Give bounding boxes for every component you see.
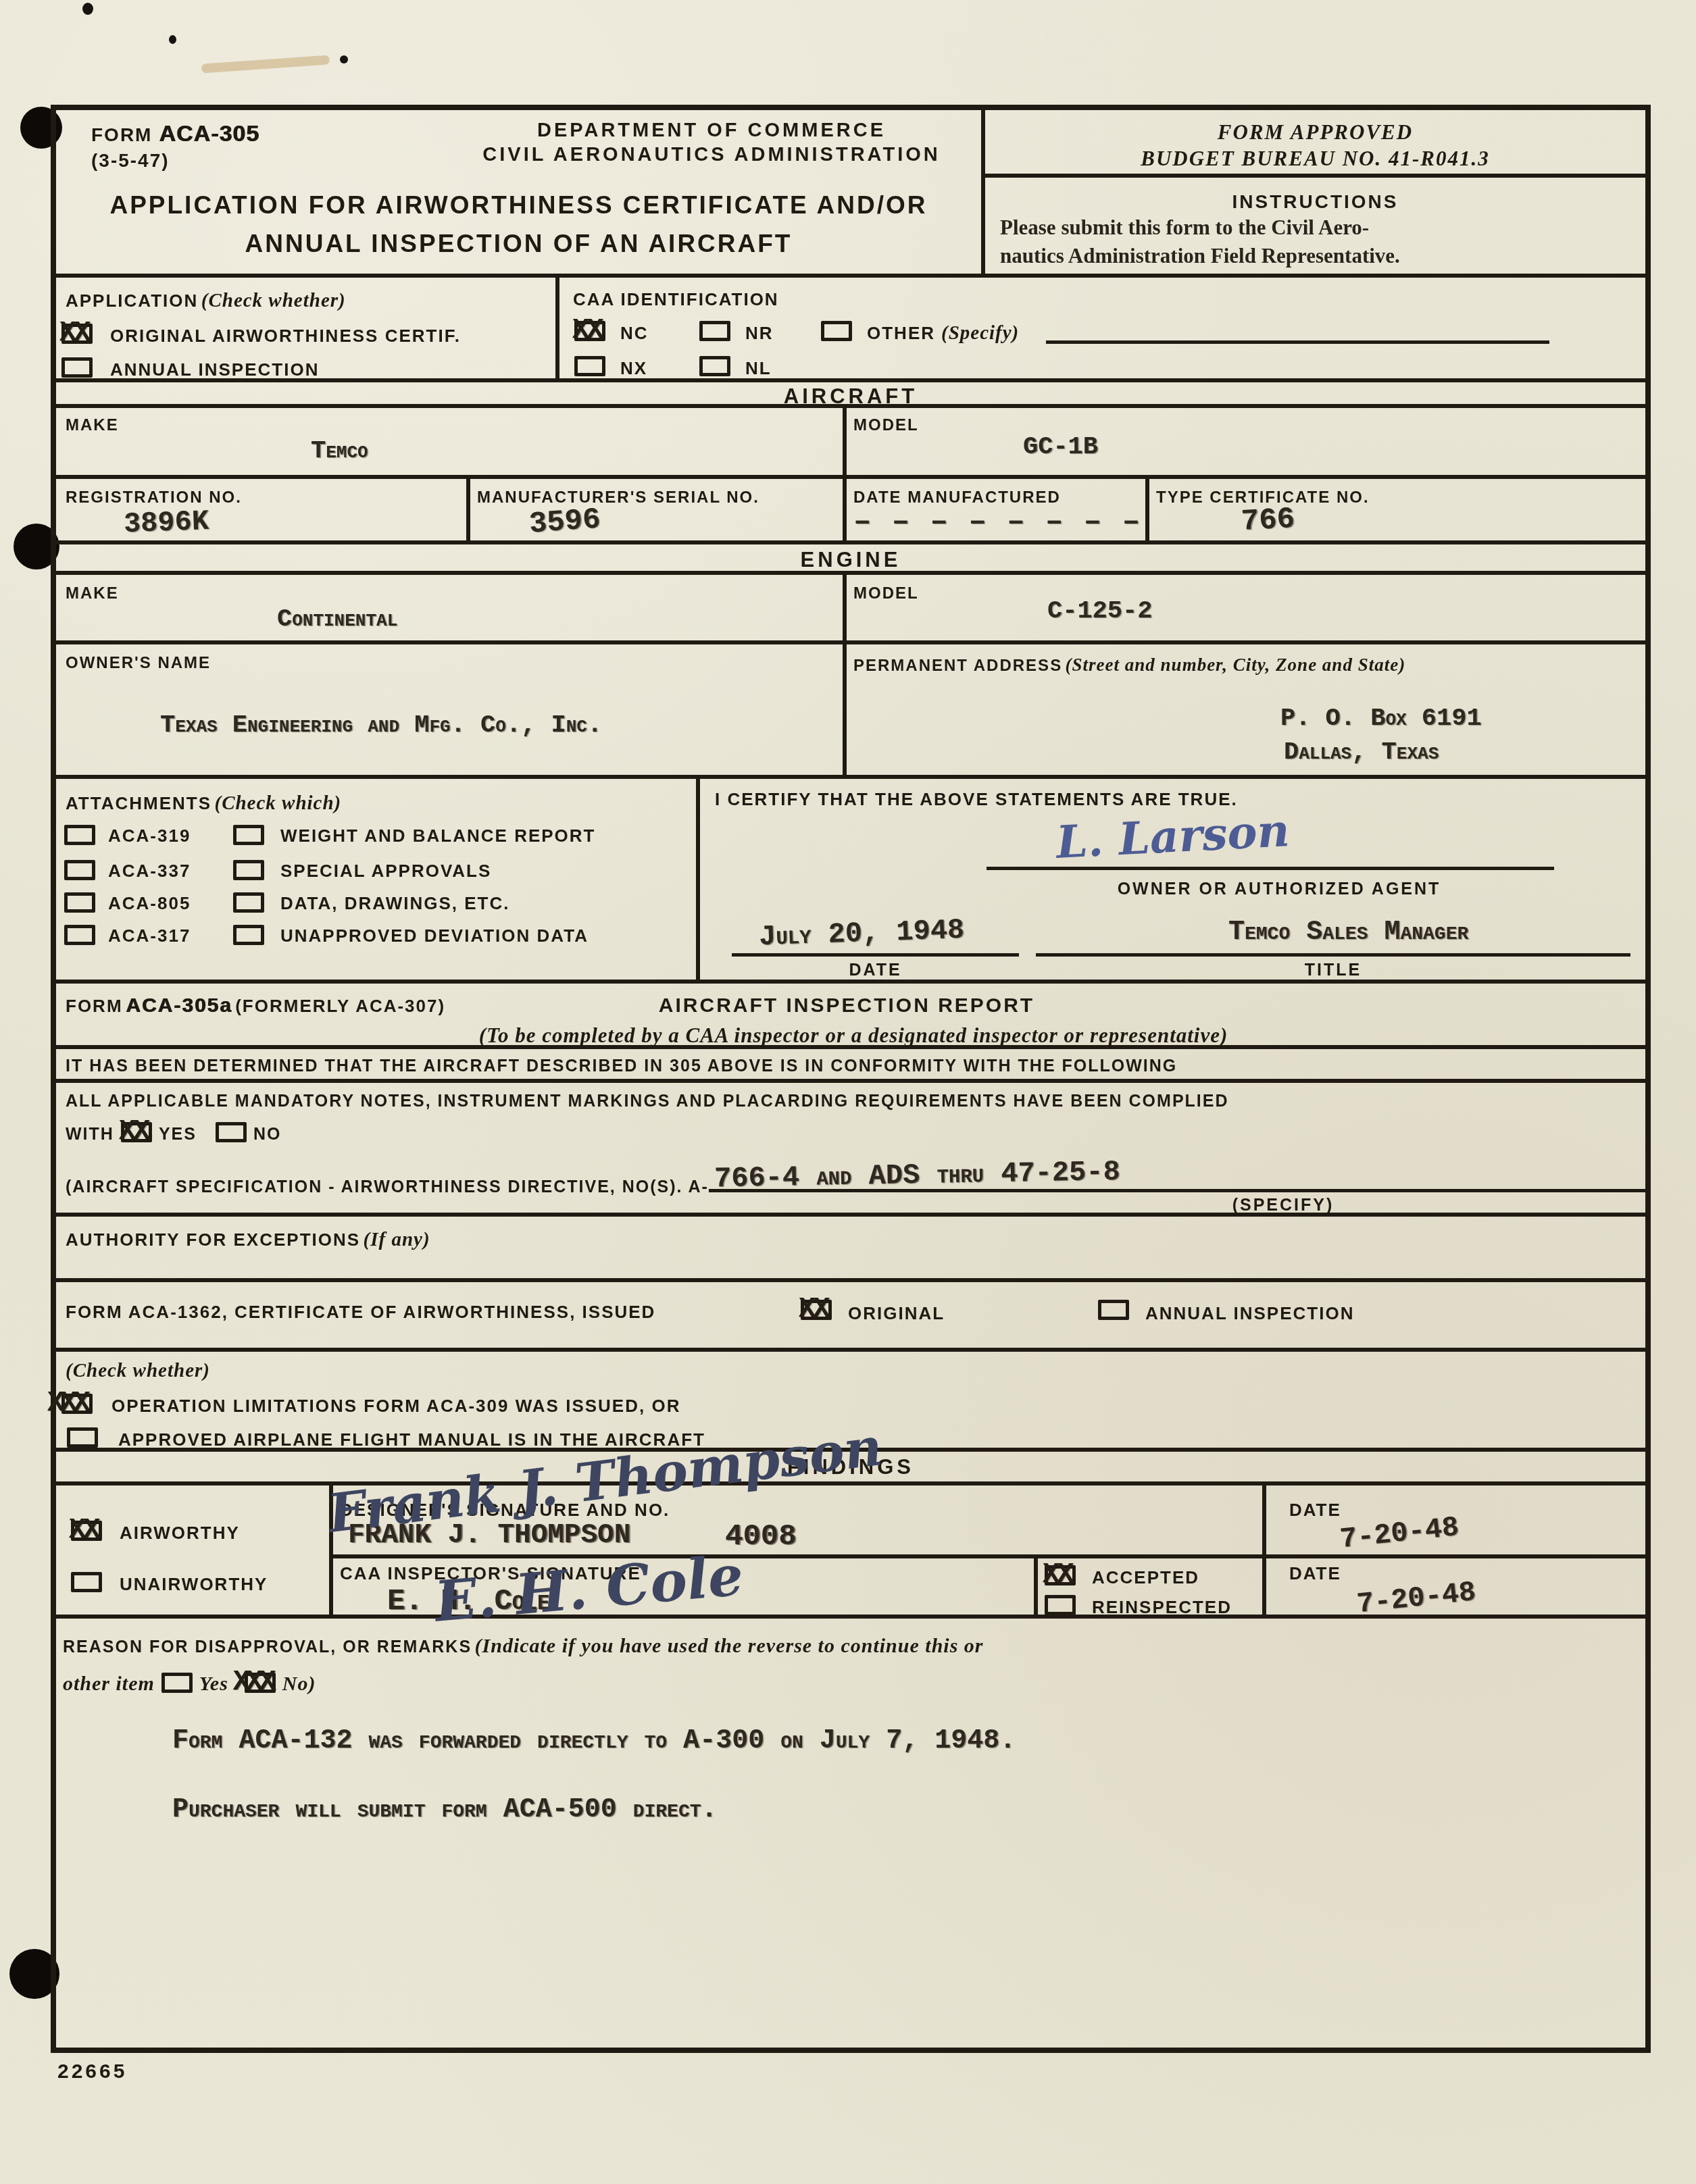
special-approvals-label: SPECIAL APPROVALS — [280, 860, 491, 882]
determination-row: IT HAS BEEN DETERMINED THAT THE AIRCRAFT… — [56, 1045, 1645, 1079]
nc-label: NC — [620, 322, 649, 345]
authority-row: AUTHORITY FOR EXCEPTIONS (If any) — [56, 1213, 1645, 1278]
designee-date-value: 7-20-48 — [1339, 1512, 1460, 1555]
scanned-document-page: FORM ACA-305 (3-5-47) DEPARTMENT OF COMM… — [0, 0, 1696, 2184]
engine-make-model-divider — [843, 575, 847, 640]
aircraft-make-label: MAKE — [66, 416, 119, 436]
application-caa-divider — [555, 278, 559, 378]
certify-statement: I CERTIFY THAT THE ABOVE STATEMENTS ARE … — [715, 788, 1238, 811]
inspection-report-title: AIRCRAFT INSPECTION REPORT — [610, 993, 1083, 1019]
registration-serial-divider — [466, 479, 470, 540]
reverse-yes-checkbox[interactable] — [161, 1673, 193, 1693]
original-airworthiness-checkbox[interactable]: XX — [61, 324, 93, 344]
remarks-note1: (Indicate if you have used the reverse t… — [475, 1635, 984, 1657]
type-certificate-value: 766 — [1241, 503, 1296, 538]
reverse-yes-label: Yes — [199, 1673, 228, 1695]
serial-value: 3596 — [528, 503, 601, 541]
registration-value: 3896K — [123, 506, 209, 540]
airworthy-label: AIRWORTHY — [120, 1522, 240, 1544]
designee-date-label: DATE — [1289, 1499, 1341, 1521]
check-whether-note: (Check whether) — [66, 1358, 210, 1383]
form-title: APPLICATION FOR AIRWORTHINESS CERTIFICAT… — [56, 186, 981, 263]
nx-label: NX — [620, 357, 647, 380]
operation-limitations-label: OPERATION LIMITATIONS FORM ACA-309 WAS I… — [111, 1395, 680, 1417]
spec-directive-group: (AIRCRAFT SPECIFICATION - AIRWORTHINESS … — [66, 1165, 1648, 1198]
unapproved-deviation-label: UNAPPROVED DEVIATION DATA — [280, 925, 589, 947]
budget-approval-line1: FORM APPROVED — [985, 120, 1645, 146]
findings-accepted-divider — [1034, 1554, 1038, 1619]
special-approvals-checkbox[interactable] — [233, 860, 264, 880]
remarks-row: REASON FOR DISAPPROVAL, OR REMARKS (Indi… — [56, 1615, 1645, 2047]
annual-inspection-issue-label: ANNUAL INSPECTION — [1145, 1302, 1354, 1325]
annual-inspection-label: ANNUAL INSPECTION — [110, 359, 319, 381]
findings-date-divider — [1262, 1485, 1266, 1615]
address-label-line: PERMANENT ADDRESS (Street and number, Ci… — [853, 654, 1630, 677]
agency-line2: CIVIL AERONAUTICS ADMINISTRATION — [448, 143, 975, 167]
remarks-note2: other item — [63, 1673, 155, 1695]
engine-make-value: Continental — [277, 606, 397, 634]
agency-line1: DEPARTMENT OF COMMERCE — [448, 118, 975, 143]
aca-319-checkbox[interactable] — [64, 825, 95, 845]
address-note: (Street and number, City, Zone and State… — [1066, 655, 1406, 675]
application-row: APPLICATION (Check whether) XX ORIGINAL … — [56, 274, 1645, 378]
date-manufactured-value: – – – – – – – – — [853, 506, 1141, 538]
instructions-line1: Please submit this form to the Civil Aer… — [985, 213, 1645, 242]
aca-317-checkbox[interactable] — [64, 925, 95, 945]
unairworthy-label: UNAIRWORTHY — [120, 1573, 268, 1596]
yes-checkmark: XX — [119, 1117, 147, 1146]
certificate-issued-label: FORM ACA-1362, CERTIFICATE OF AIRWORTHIN… — [66, 1301, 655, 1323]
certify-date-caption: DATE — [732, 961, 1019, 980]
owner-signature[interactable]: L. Larson — [1055, 808, 1291, 865]
scan-speck — [169, 35, 176, 44]
reverse-no-label: No) — [282, 1673, 316, 1695]
address-line2: Dallas, Texas — [1284, 739, 1439, 767]
reverse-no-checkbox[interactable]: XXX — [245, 1673, 276, 1693]
nl-checkbox[interactable] — [699, 356, 730, 376]
operation-limitations-checkmark: XXX — [47, 1389, 86, 1417]
agency-block: DEPARTMENT OF COMMERCE CIVIL AERONAUTICS… — [448, 118, 975, 168]
no-label: NO — [253, 1125, 282, 1144]
aircraft-make-value: Temco — [311, 438, 368, 465]
nr-checkbox[interactable] — [699, 321, 730, 341]
compliance-spec-row: ALL APPLICABLE MANDATORY NOTES, INSTRUME… — [56, 1079, 1645, 1213]
budget-approval-line2: BUDGET BUREAU NO. 41-R041.3 — [985, 146, 1645, 172]
aca-317-label: ACA-317 — [108, 925, 191, 947]
aircraft-model-value: GC-1B — [1023, 434, 1098, 461]
instructions-box: INSTRUCTIONS Please submit this form to … — [985, 190, 1645, 270]
owner-name-label: OWNER'S NAME — [66, 654, 211, 674]
yes-checkbox[interactable]: XX — [121, 1122, 152, 1142]
attachments-note: (Check which) — [214, 792, 341, 814]
instructions-title: INSTRUCTIONS — [985, 190, 1645, 213]
authority-label: AUTHORITY FOR EXCEPTIONS — [66, 1229, 360, 1250]
owner-row: OWNER'S NAME Texas Engineering and Mfg. … — [56, 640, 1645, 775]
date-typecert-divider — [1145, 479, 1149, 540]
data-drawings-label: DATA, DRAWINGS, ETC. — [280, 892, 509, 915]
scan-speck — [340, 55, 348, 64]
engine-make-model-row: MAKE Continental MODEL C-125-2 — [56, 571, 1645, 640]
spec-directive-line[interactable]: 766-4 and ADS thru 47-25-8(SPECIFY) — [709, 1165, 1648, 1192]
annual-inspection-issue-checkbox[interactable] — [1098, 1300, 1129, 1320]
print-stamp-number: 22665 — [57, 2059, 127, 2085]
form-id-label: FORM — [91, 124, 152, 145]
engine-section-header: ENGINE — [56, 540, 1645, 571]
certify-title-value: Temco Sales Manager — [1228, 918, 1468, 948]
authority-label-line: AUTHORITY FOR EXCEPTIONS (If any) — [66, 1227, 430, 1252]
aircraft-make-model-row: MAKE Temco MODEL GC-1B — [56, 404, 1645, 475]
findings-subrow-divider — [329, 1554, 1645, 1558]
remarks-label: REASON FOR DISAPPROVAL, OR REMARKS — [63, 1637, 472, 1656]
unapproved-deviation-checkbox[interactable] — [233, 925, 264, 945]
certify-date-value: July 20, 1948 — [758, 915, 965, 953]
inspector-date-value: 7-20-48 — [1355, 1577, 1477, 1620]
attachments-certify-divider — [696, 779, 700, 980]
owner-name-value: Texas Engineering and Mfg. Co., Inc. — [160, 712, 602, 740]
serial-label: MANUFACTURER'S SERIAL NO. — [477, 488, 759, 508]
aircraft-model-label: MODEL — [853, 416, 919, 436]
certify-title-caption: TITLE — [1036, 961, 1630, 980]
form-aca-305: FORM ACA-305 (3-5-47) DEPARTMENT OF COMM… — [51, 105, 1651, 2053]
reinspected-checkbox[interactable] — [1045, 1595, 1076, 1615]
nc-checkmark: XX — [572, 316, 601, 345]
certify-title-line[interactable] — [1036, 953, 1630, 957]
compliance-line1: ALL APPLICABLE MANDATORY NOTES, INSTRUME… — [66, 1091, 1229, 1112]
inspection-form-number: ACA-305a — [126, 994, 232, 1017]
caa-identification-label: CAA IDENTIFICATION — [573, 288, 779, 311]
nx-checkbox[interactable] — [574, 356, 605, 376]
other-specify-note: (Specify) — [941, 321, 1019, 345]
registration-label: REGISTRATION NO. — [66, 488, 242, 508]
application-label-line: APPLICATION (Check whether) — [66, 288, 346, 313]
aca-337-checkbox[interactable] — [64, 860, 95, 880]
certify-date-line[interactable] — [732, 953, 1019, 957]
nl-label: NL — [745, 357, 772, 380]
original-label: ORIGINAL — [848, 1302, 945, 1325]
owner-address-divider — [843, 644, 847, 775]
header-row: FORM ACA-305 (3-5-47) DEPARTMENT OF COMM… — [56, 110, 1645, 274]
weight-balance-label: WEIGHT AND BALANCE REPORT — [280, 825, 595, 847]
other-specify-line[interactable] — [1046, 324, 1549, 344]
engine-model-value: C-125-2 — [1047, 598, 1152, 626]
annual-inspection-checkbox[interactable] — [61, 357, 93, 378]
engine-model-label: MODEL — [853, 584, 919, 604]
original-checkbox[interactable]: XX — [801, 1300, 832, 1320]
spec-directive-label: (AIRCRAFT SPECIFICATION - AIRWORTHINESS … — [66, 1177, 709, 1196]
form-title-line2: ANNUAL INSPECTION OF AN AIRCRAFT — [56, 224, 981, 263]
other-label: OTHER — [867, 322, 935, 345]
instructions-line2: nautics Administration Field Representat… — [985, 242, 1645, 270]
remarks-typed-line1: Form ACA-132 was forwarded directly to A… — [172, 1727, 1016, 1756]
remarks-typed-line2: Purchaser will submit form ACA-500 direc… — [172, 1796, 718, 1825]
accepted-checkbox[interactable]: XX — [1045, 1565, 1076, 1585]
airworthy-checkbox[interactable]: XX — [71, 1521, 102, 1541]
aca-805-checkbox[interactable] — [64, 892, 95, 913]
unairworthy-checkbox[interactable] — [71, 1572, 102, 1592]
scan-smudge — [201, 55, 330, 73]
form-id-number: ACA-305 — [159, 121, 259, 147]
other-checkbox[interactable] — [821, 321, 852, 341]
make-model-divider — [843, 408, 847, 475]
application-label: APPLICATION — [66, 290, 198, 311]
original-airworthiness-label: ORIGINAL AIRWORTHINESS CERTIF. — [110, 325, 461, 347]
certificate-issued-row: FORM ACA-1362, CERTIFICATE OF AIRWORTHIN… — [56, 1278, 1645, 1348]
accepted-label: ACCEPTED — [1092, 1567, 1199, 1589]
weight-balance-checkbox[interactable] — [233, 825, 264, 845]
aircraft-section-header: AIRCRAFT — [56, 378, 1645, 404]
nc-checkbox[interactable]: XX — [574, 321, 605, 341]
authority-note: (If any) — [364, 1229, 430, 1250]
address-line1: P. O. Box 6191 — [1280, 705, 1482, 733]
attachments-label-line: ATTACHMENTS (Check which) — [66, 791, 341, 815]
yes-label: YES — [159, 1125, 197, 1144]
attachments-certification-row: ATTACHMENTS (Check which) ACA-319 WEIGHT… — [56, 775, 1645, 980]
spec-directive-value: 766-4 and ADS thru 47-25-8 — [714, 1157, 1120, 1195]
form-title-line1: APPLICATION FOR AIRWORTHINESS CERTIFICAT… — [56, 186, 981, 224]
engine-make-label: MAKE — [66, 584, 119, 604]
determination-text: IT HAS BEEN DETERMINED THAT THE AIRCRAFT… — [66, 1056, 1177, 1077]
nr-label: NR — [745, 322, 774, 345]
scan-speck — [82, 3, 93, 15]
reverse-no-checkmark: XXX — [233, 1668, 272, 1696]
aca-337-label: ACA-337 — [108, 860, 191, 882]
original-checkmark: XX — [799, 1295, 827, 1323]
flight-manual-checkbox[interactable] — [67, 1427, 98, 1448]
form-id-revision: (3-5-47) — [91, 149, 259, 172]
compliance-line2: WITH — [66, 1125, 114, 1144]
serial-date-divider — [843, 479, 847, 540]
address-label: PERMANENT ADDRESS — [853, 657, 1062, 675]
owner-signature-caption: OWNER OR AUTHORIZED AGENT — [1103, 880, 1455, 899]
inspection-report-header: FORM ACA-305a (FORMERLY ACA-307) AIRCRAF… — [56, 980, 1645, 1045]
no-checkbox[interactable] — [216, 1122, 247, 1142]
compliance-line2-group: WITHXXYESNO — [66, 1122, 281, 1145]
findings-table: XX AIRWORTHY UNAIRWORTHY DESIGNEE'S SIGN… — [56, 1481, 1645, 1615]
inspector-date-label: DATE — [1289, 1563, 1341, 1585]
form-id-block: FORM ACA-305 (3-5-47) — [91, 120, 259, 172]
aca-319-label: ACA-319 — [108, 825, 191, 847]
remarks-yes-no-line: other itemYesXXXNo) — [63, 1671, 316, 1697]
inspection-formerly: (FORMERLY ACA-307) — [235, 996, 445, 1016]
operation-limitations-checkbox[interactable]: XXX — [61, 1394, 93, 1414]
aca-805-label: ACA-805 — [108, 892, 191, 915]
airworthy-checkmark: XX — [69, 1516, 97, 1544]
accepted-checkmark: XX — [1043, 1560, 1071, 1589]
attachments-label: ATTACHMENTS — [66, 793, 211, 813]
inspection-form-id: FORM ACA-305a (FORMERLY ACA-307) — [66, 993, 445, 1019]
remarks-label-line: REASON FOR DISAPPROVAL, OR REMARKS (Indi… — [63, 1633, 1637, 1659]
application-note: (Check whether) — [201, 290, 346, 311]
data-drawings-checkbox[interactable] — [233, 892, 264, 913]
inspection-form-label: FORM — [66, 996, 123, 1016]
budget-approval-box: FORM APPROVED BUDGET BUREAU NO. 41-R041.… — [985, 110, 1645, 178]
engine-section-label: ENGINE — [56, 549, 1645, 572]
aircraft-numbers-row: REGISTRATION NO. 3896K MANUFACTURER'S SE… — [56, 475, 1645, 540]
original-airworthiness-checkmark: XX — [59, 319, 88, 347]
